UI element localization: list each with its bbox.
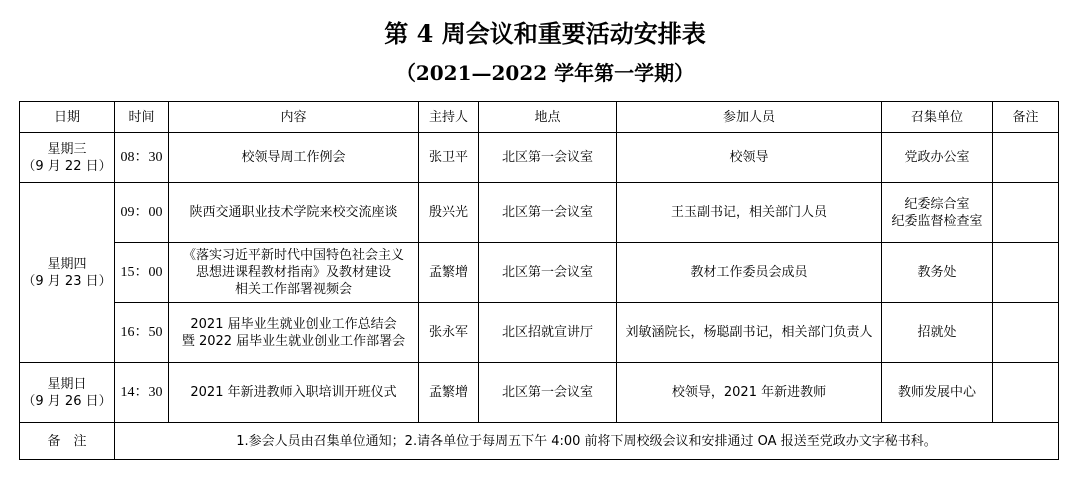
header-date: 日期 <box>20 102 115 133</box>
schedule-table: 日期 时间 内容 主持人 地点 参加人员 召集单位 备注 星期三 （9 月 22… <box>19 101 1059 460</box>
time-cell: 08：30 <box>115 133 169 183</box>
table-row: 星期日 （9 月 26 日） 14：30 2021 年新进教师入职培训开班仪式 … <box>20 363 1059 423</box>
date-cell: 星期四 （9 月 23 日） <box>20 183 115 363</box>
footer-row: 备 注 1.参会人员由召集单位通知；2.请各单位于每周五下午 4:00 前将下周… <box>20 423 1059 460</box>
table-row: 16：50 2021 届毕业生就业创业工作总结会 暨 2022 届毕业生就业创业… <box>20 303 1059 363</box>
remarks-cell <box>993 183 1059 243</box>
time-cell: 09：00 <box>115 183 169 243</box>
date-cell: 星期三 （9 月 22 日） <box>20 133 115 183</box>
footer-note: 1.参会人员由召集单位通知；2.请各单位于每周五下午 4:00 前将下周校级会议… <box>115 423 1059 460</box>
time-cell: 15：00 <box>115 243 169 303</box>
header-host: 主持人 <box>419 102 479 133</box>
location-cell: 北区第一会议室 <box>479 243 617 303</box>
host-cell: 殷兴光 <box>419 183 479 243</box>
remarks-cell <box>993 133 1059 183</box>
host-cell: 张卫平 <box>419 133 479 183</box>
attendees-cell: 王玉副书记，相关部门人员 <box>617 183 882 243</box>
location-cell: 北区第一会议室 <box>479 183 617 243</box>
organizer-cell: 教务处 <box>882 243 993 303</box>
header-remarks: 备注 <box>993 102 1059 133</box>
content-cell: 《落实习近平新时代中国特色社会主义 思想进课程教材指南》及教材建设 相关工作部署… <box>169 243 419 303</box>
content-cell: 2021 届毕业生就业创业工作总结会 暨 2022 届毕业生就业创业工作部署会 <box>169 303 419 363</box>
header-attendees: 参加人员 <box>617 102 882 133</box>
organizer-cell: 教师发展中心 <box>882 363 993 423</box>
remarks-cell <box>993 363 1059 423</box>
document-subtitle: （2021—2022 学年第一学期） <box>0 58 1090 88</box>
content-cell: 校领导周工作例会 <box>169 133 419 183</box>
host-cell: 张永军 <box>419 303 479 363</box>
time-cell: 16：50 <box>115 303 169 363</box>
time-cell: 14：30 <box>115 363 169 423</box>
footer-label: 备 注 <box>20 423 115 460</box>
remarks-cell <box>993 303 1059 363</box>
header-content: 内容 <box>169 102 419 133</box>
table-row: 星期三 （9 月 22 日） 08：30 校领导周工作例会 张卫平 北区第一会议… <box>20 133 1059 183</box>
table-row: 15：00 《落实习近平新时代中国特色社会主义 思想进课程教材指南》及教材建设 … <box>20 243 1059 303</box>
table-row: 星期四 （9 月 23 日） 09：00 陕西交通职业技术学院来校交流座谈 殷兴… <box>20 183 1059 243</box>
header-time: 时间 <box>115 102 169 133</box>
date-cell: 星期日 （9 月 26 日） <box>20 363 115 423</box>
attendees-cell: 刘敏涵院长，杨聪副书记，相关部门负责人 <box>617 303 882 363</box>
remarks-cell <box>993 243 1059 303</box>
content-cell: 陕西交通职业技术学院来校交流座谈 <box>169 183 419 243</box>
organizer-cell: 招就处 <box>882 303 993 363</box>
location-cell: 北区第一会议室 <box>479 363 617 423</box>
header-organizer: 召集单位 <box>882 102 993 133</box>
header-row: 日期 时间 内容 主持人 地点 参加人员 召集单位 备注 <box>20 102 1059 133</box>
host-cell: 孟繁增 <box>419 363 479 423</box>
header-location: 地点 <box>479 102 617 133</box>
location-cell: 北区第一会议室 <box>479 133 617 183</box>
document-title: 第 4 周会议和重要活动安排表 <box>0 18 1090 50</box>
host-cell: 孟繁增 <box>419 243 479 303</box>
location-cell: 北区招就宣讲厅 <box>479 303 617 363</box>
attendees-cell: 校领导，2021 年新进教师 <box>617 363 882 423</box>
attendees-cell: 教材工作委员会成员 <box>617 243 882 303</box>
organizer-cell: 党政办公室 <box>882 133 993 183</box>
attendees-cell: 校领导 <box>617 133 882 183</box>
organizer-cell: 纪委综合室 纪委监督检查室 <box>882 183 993 243</box>
content-cell: 2021 年新进教师入职培训开班仪式 <box>169 363 419 423</box>
